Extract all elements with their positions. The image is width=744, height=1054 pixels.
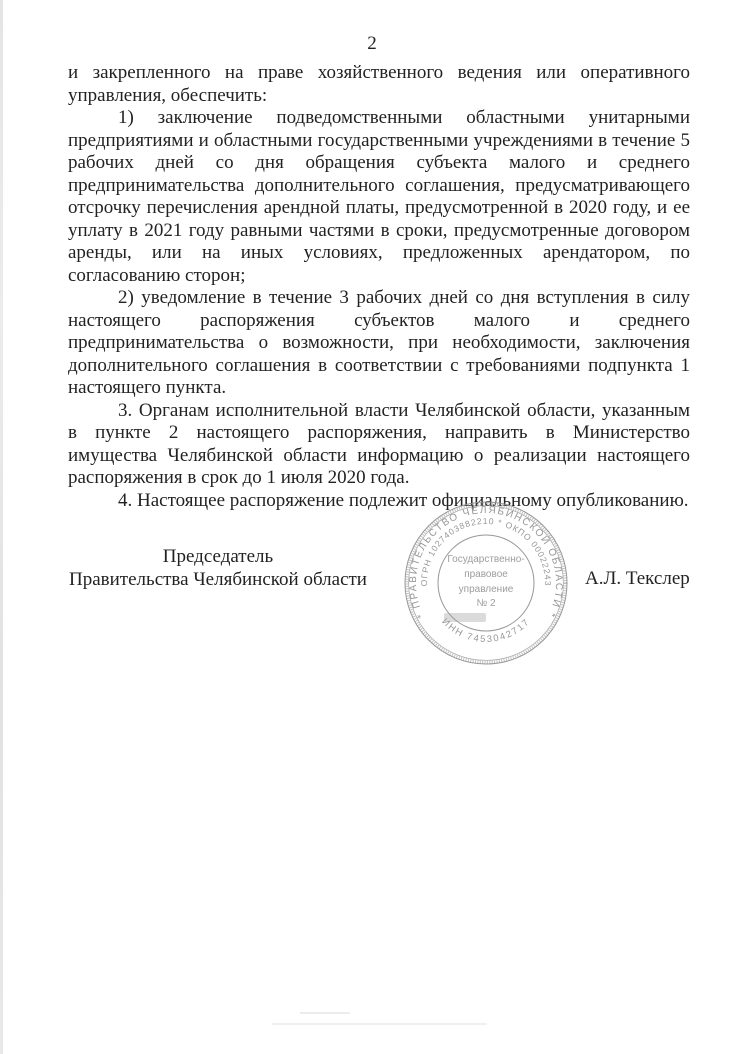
signature-title-line-2: Правительства Челябинской области (68, 569, 368, 592)
signature-title-block: Председатель Правительства Челябинской о… (68, 546, 368, 591)
left-edge-scan-artifact (0, 0, 3, 1054)
stamp-center-text-line-4: № 2 (476, 598, 496, 609)
stamp-center-text-line-2: правовое (464, 569, 508, 580)
stamp-smudge (444, 613, 486, 622)
official-stamp: * ПРАВИТЕЛЬСТВО ЧЕЛЯБИНСКОЙ ОБЛАСТИ * ОГ… (396, 493, 576, 673)
paragraph-subitem-2: 2) уведомление в течение 3 рабочих дней … (68, 287, 690, 400)
paragraph-point-4: 4. Настоящее распоряжение подлежит офици… (68, 490, 690, 513)
signatory-name: А.Л. Текслер (585, 568, 690, 591)
stamp-center-text-line-3: управление (459, 584, 514, 595)
paragraph-continuation: и закрепленного на праве хозяйственного … (68, 62, 690, 107)
document-page: 2 и закрепленного на праве хозяйственног… (0, 0, 744, 1054)
stamp-center-text-line-1: Государственно- (447, 554, 524, 565)
paragraph-point-3: 3. Органам исполнительной власти Челябин… (68, 400, 690, 490)
scan-noise-artifact (300, 1012, 350, 1014)
page-number: 2 (0, 33, 744, 55)
paragraph-subitem-1: 1) заключение подведомственными областны… (68, 107, 690, 287)
document-body: и закрепленного на праве хозяйственного … (68, 62, 690, 512)
signature-title-line-1: Председатель (68, 546, 368, 569)
scan-noise-artifact (272, 1023, 487, 1025)
